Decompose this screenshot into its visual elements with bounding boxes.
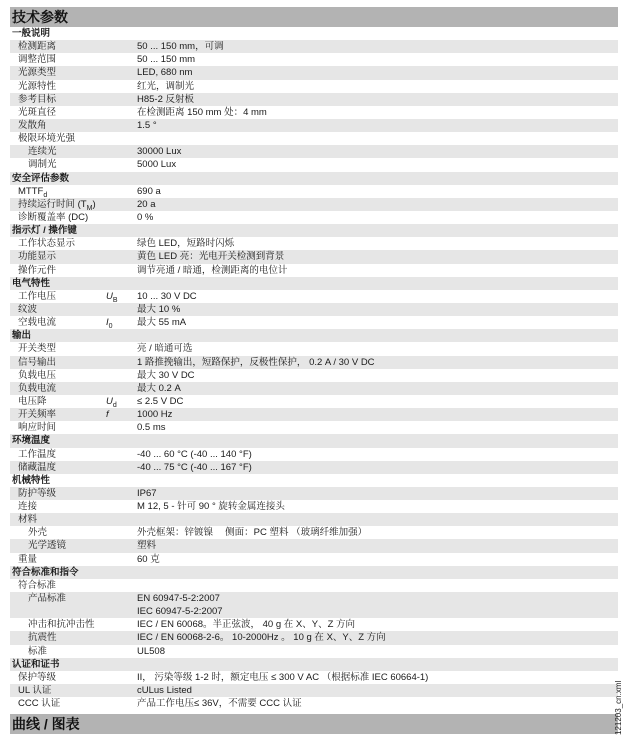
row-label: 诊断覆盖率 (DC) xyxy=(18,211,88,224)
row-label: 操作元件 xyxy=(18,264,56,277)
row-label: 调整范围 xyxy=(18,53,56,66)
row-value: IP67 xyxy=(137,487,157,500)
table-row: 操作元件调节亮通 / 暗通，检测距离的电位计 xyxy=(10,264,618,277)
section-label: 电气特性 xyxy=(12,277,50,290)
row-value: 调节亮通 / 暗通，检测距离的电位计 xyxy=(137,264,287,277)
row-value: EN 60947-5-2:2007 xyxy=(137,592,220,605)
section-header: 输出 xyxy=(10,329,618,342)
table-row: 负载电压最大 30 V DC xyxy=(10,369,618,382)
row-label: 光斑直径 xyxy=(18,106,56,119)
table-row: 光源类型LED, 680 nm xyxy=(10,66,618,79)
row-label: 工作温度 xyxy=(18,448,56,461)
table-row: 光源特性红光，调制光 xyxy=(10,80,618,93)
row-value: 5000 Lux xyxy=(137,158,176,171)
section-header: 机械特性 xyxy=(10,474,618,487)
row-value: 30000 Lux xyxy=(137,145,181,158)
row-value: 在检测距离 150 mm 处：4 mm xyxy=(137,106,267,119)
row-label: 工作状态显示 xyxy=(18,237,75,250)
row-value: 60 克 xyxy=(137,553,160,566)
row-label: 空载电流 xyxy=(18,316,56,329)
table-row: 产品标准EN 60947-5-2:2007 xyxy=(10,592,618,605)
section-label: 符合标准和指令 xyxy=(12,566,79,579)
row-label: 连续光 xyxy=(28,145,57,158)
row-label: 保护等级 xyxy=(18,671,56,684)
table-row: UL 认证cULus Listed xyxy=(10,684,618,697)
table-row: 符合标准 xyxy=(10,579,618,592)
table-row: 防护等级IP67 xyxy=(10,487,618,500)
row-label: 检测距离 xyxy=(18,40,56,53)
row-value: cULus Listed xyxy=(137,684,192,697)
row-value: IEC / EN 60068。半正弦波， 40 g 在 X、Y、Z 方向 xyxy=(137,618,355,631)
row-label: 符合标准 xyxy=(18,579,56,592)
row-value: 1.5 ° xyxy=(137,119,157,132)
row-label: 极限环境光强 xyxy=(18,132,75,145)
row-label: 储藏温度 xyxy=(18,461,56,474)
table-row: 光学透镜塑料 xyxy=(10,539,618,552)
row-value: II， 污染等级 1-2 时，额定电压 ≤ 300 V AC （根据标准 IEC… xyxy=(137,671,428,684)
table-row: 外壳外壳框架：锌镀镍 侧面：PC 塑料 （玻璃纤维加强） xyxy=(10,526,618,539)
row-value: 红光，调制光 xyxy=(137,80,194,93)
row-label: 响应时间 xyxy=(18,421,56,434)
table-row: 光斑直径在检测距离 150 mm 处：4 mm xyxy=(10,106,618,119)
table-row: 诊断覆盖率 (DC)0 % xyxy=(10,211,618,224)
row-value: ≤ 2.5 V DC xyxy=(137,395,183,408)
table-row: 材料 xyxy=(10,513,618,526)
table-row: 储藏温度-40 ... 75 °C (-40 ... 167 °F) xyxy=(10,461,618,474)
row-value: 1000 Hz xyxy=(137,408,172,421)
section-label: 机械特性 xyxy=(12,474,50,487)
table-row: 响应时间0.5 ms xyxy=(10,421,618,434)
row-value: -40 ... 60 °C (-40 ... 140 °F) xyxy=(137,448,252,461)
row-value: 10 ... 30 V DC xyxy=(137,290,197,303)
table-row: 空载电流I0最大 55 mA xyxy=(10,316,618,329)
row-label: 光学透镜 xyxy=(28,539,66,552)
table-row: 负载电流最大 0.2 A xyxy=(10,382,618,395)
section-header: 一般说明 xyxy=(10,27,618,40)
table-row: 纹波最大 10 % xyxy=(10,303,618,316)
row-label: 连接 xyxy=(18,500,37,513)
table-row: 调制光5000 Lux xyxy=(10,158,618,171)
table-row: 工作温度-40 ... 60 °C (-40 ... 140 °F) xyxy=(10,448,618,461)
row-value: 外壳框架：锌镀镍 侧面：PC 塑料 （玻璃纤维加强） xyxy=(137,526,367,539)
row-value: 690 a xyxy=(137,185,161,198)
row-label: 参考目标 xyxy=(18,93,56,106)
row-value: 最大 55 mA xyxy=(137,316,186,329)
table-row: 工作电压UB10 ... 30 V DC xyxy=(10,290,618,303)
table-row: CCC 认证产品工作电压≤ 36V，不需要 CCC 认证 xyxy=(10,697,618,710)
row-label: 电压降 xyxy=(18,395,47,408)
table-row: 开关频率f1000 Hz xyxy=(10,408,618,421)
row-value: 0 % xyxy=(137,211,153,224)
row-label: 产品标准 xyxy=(28,592,66,605)
row-label: 纹波 xyxy=(18,303,37,316)
section-label: 指示灯 / 操作键 xyxy=(12,224,77,237)
row-value: 50 ... 150 mm xyxy=(137,53,195,66)
section-header: 电气特性 xyxy=(10,277,618,290)
row-value: 1 路推挽输出，短路保护，反极性保护， 0.2 A / 30 V DC xyxy=(137,356,375,369)
table-row: 抗震性IEC / EN 60068-2-6。 10-2000Hz 。 10 g … xyxy=(10,631,618,644)
row-value: 黄色 LED 亮：光电开关检测到背景 xyxy=(137,250,284,263)
table-row: 持续运行时间 (TM)20 a xyxy=(10,198,618,211)
table-row: 冲击和抗冲击性IEC / EN 60068。半正弦波， 40 g 在 X、Y、Z… xyxy=(10,618,618,631)
section-label: 输出 xyxy=(12,329,31,342)
table-row: IEC 60947-5-2:2007 xyxy=(10,605,618,618)
document-id: 121203_cn.xml xyxy=(614,681,623,735)
row-label: 防护等级 xyxy=(18,487,56,500)
row-label: 功能显示 xyxy=(18,250,56,263)
row-label: 开关频率 xyxy=(18,408,56,421)
section-label: 安全评估参数 xyxy=(12,172,69,185)
row-value: 塑料 xyxy=(137,539,156,552)
section-header: 环境温度 xyxy=(10,434,618,447)
row-value: 20 a xyxy=(137,198,156,211)
table-row: 功能显示黄色 LED 亮：光电开关检测到背景 xyxy=(10,250,618,263)
row-label: 抗震性 xyxy=(28,631,57,644)
table-row: 标准UL508 xyxy=(10,645,618,658)
table-row: 发散角1.5 ° xyxy=(10,119,618,132)
row-label: 调制光 xyxy=(28,158,57,171)
row-label: 负载电流 xyxy=(18,382,56,395)
row-value: UL508 xyxy=(137,645,165,658)
table-row: 检测距离50 ... 150 mm，可调 xyxy=(10,40,618,53)
row-label: 光源类型 xyxy=(18,66,56,79)
section-header: 安全评估参数 xyxy=(10,172,618,185)
section-header: 指示灯 / 操作键 xyxy=(10,224,618,237)
row-label: UL 认证 xyxy=(18,684,51,697)
row-value: LED, 680 nm xyxy=(137,66,192,79)
row-value: 绿色 LED，短路时闪烁 xyxy=(137,237,234,250)
table-row: 电压降Ud≤ 2.5 V DC xyxy=(10,395,618,408)
row-value: 亮 / 暗通可选 xyxy=(137,342,192,355)
row-value: H85-2 反射板 xyxy=(137,93,194,106)
section-header-curves: 曲线 / 图表 xyxy=(10,714,618,734)
row-label: 开关类型 xyxy=(18,342,56,355)
table-row: 参考目标H85-2 反射板 xyxy=(10,93,618,106)
spec-table: 一般说明检测距离50 ... 150 mm，可调调整范围50 ... 150 m… xyxy=(10,27,618,710)
row-value: 最大 10 % xyxy=(137,303,180,316)
row-label: 标准 xyxy=(28,645,47,658)
row-value: M 12, 5 - 针可 90 ° 旋转金属连接头 xyxy=(137,500,285,513)
technical-data-sheet: 技术参数 一般说明检测距离50 ... 150 mm，可调调整范围50 ... … xyxy=(10,7,618,710)
row-value: 产品工作电压≤ 36V，不需要 CCC 认证 xyxy=(137,697,302,710)
row-value: IEC / EN 60068-2-6。 10-2000Hz 。 10 g 在 X… xyxy=(137,631,386,644)
row-value: -40 ... 75 °C (-40 ... 167 °F) xyxy=(137,461,252,474)
row-label: CCC 认证 xyxy=(18,697,60,710)
row-label: 重量 xyxy=(18,553,37,566)
row-label: 冲击和抗冲击性 xyxy=(28,618,95,631)
table-row: 极限环境光强 xyxy=(10,132,618,145)
row-label: 工作电压 xyxy=(18,290,56,303)
row-label: 信号输出 xyxy=(18,356,56,369)
section-header: 认证和证书 xyxy=(10,658,618,671)
row-label: 光源特性 xyxy=(18,80,56,93)
section-label: 环境温度 xyxy=(12,434,50,447)
table-row: 信号输出1 路推挽输出，短路保护，反极性保护， 0.2 A / 30 V DC xyxy=(10,356,618,369)
table-row: 开关类型亮 / 暗通可选 xyxy=(10,342,618,355)
row-value: 50 ... 150 mm，可调 xyxy=(137,40,224,53)
section-label: 一般说明 xyxy=(12,27,50,40)
table-row: MTTFd690 a xyxy=(10,185,618,198)
table-row: 保护等级II， 污染等级 1-2 时，额定电压 ≤ 300 V AC （根据标准… xyxy=(10,671,618,684)
row-symbol: f xyxy=(106,408,109,421)
table-row: 工作状态显示绿色 LED，短路时闪烁 xyxy=(10,237,618,250)
table-row: 重量60 克 xyxy=(10,553,618,566)
row-label: 发散角 xyxy=(18,119,47,132)
row-value: 最大 30 V DC xyxy=(137,369,195,382)
row-value: 0.5 ms xyxy=(137,421,166,434)
section-header: 符合标准和指令 xyxy=(10,566,618,579)
table-row: 连接M 12, 5 - 针可 90 ° 旋转金属连接头 xyxy=(10,500,618,513)
table-row: 连续光30000 Lux xyxy=(10,145,618,158)
row-label: 负载电压 xyxy=(18,369,56,382)
page-title: 技术参数 xyxy=(10,7,618,27)
table-row: 调整范围50 ... 150 mm xyxy=(10,53,618,66)
row-label: 材料 xyxy=(18,513,37,526)
row-value: 最大 0.2 A xyxy=(137,382,181,395)
row-label: 外壳 xyxy=(28,526,47,539)
row-value: IEC 60947-5-2:2007 xyxy=(137,605,223,618)
section-label: 认证和证书 xyxy=(12,658,60,671)
